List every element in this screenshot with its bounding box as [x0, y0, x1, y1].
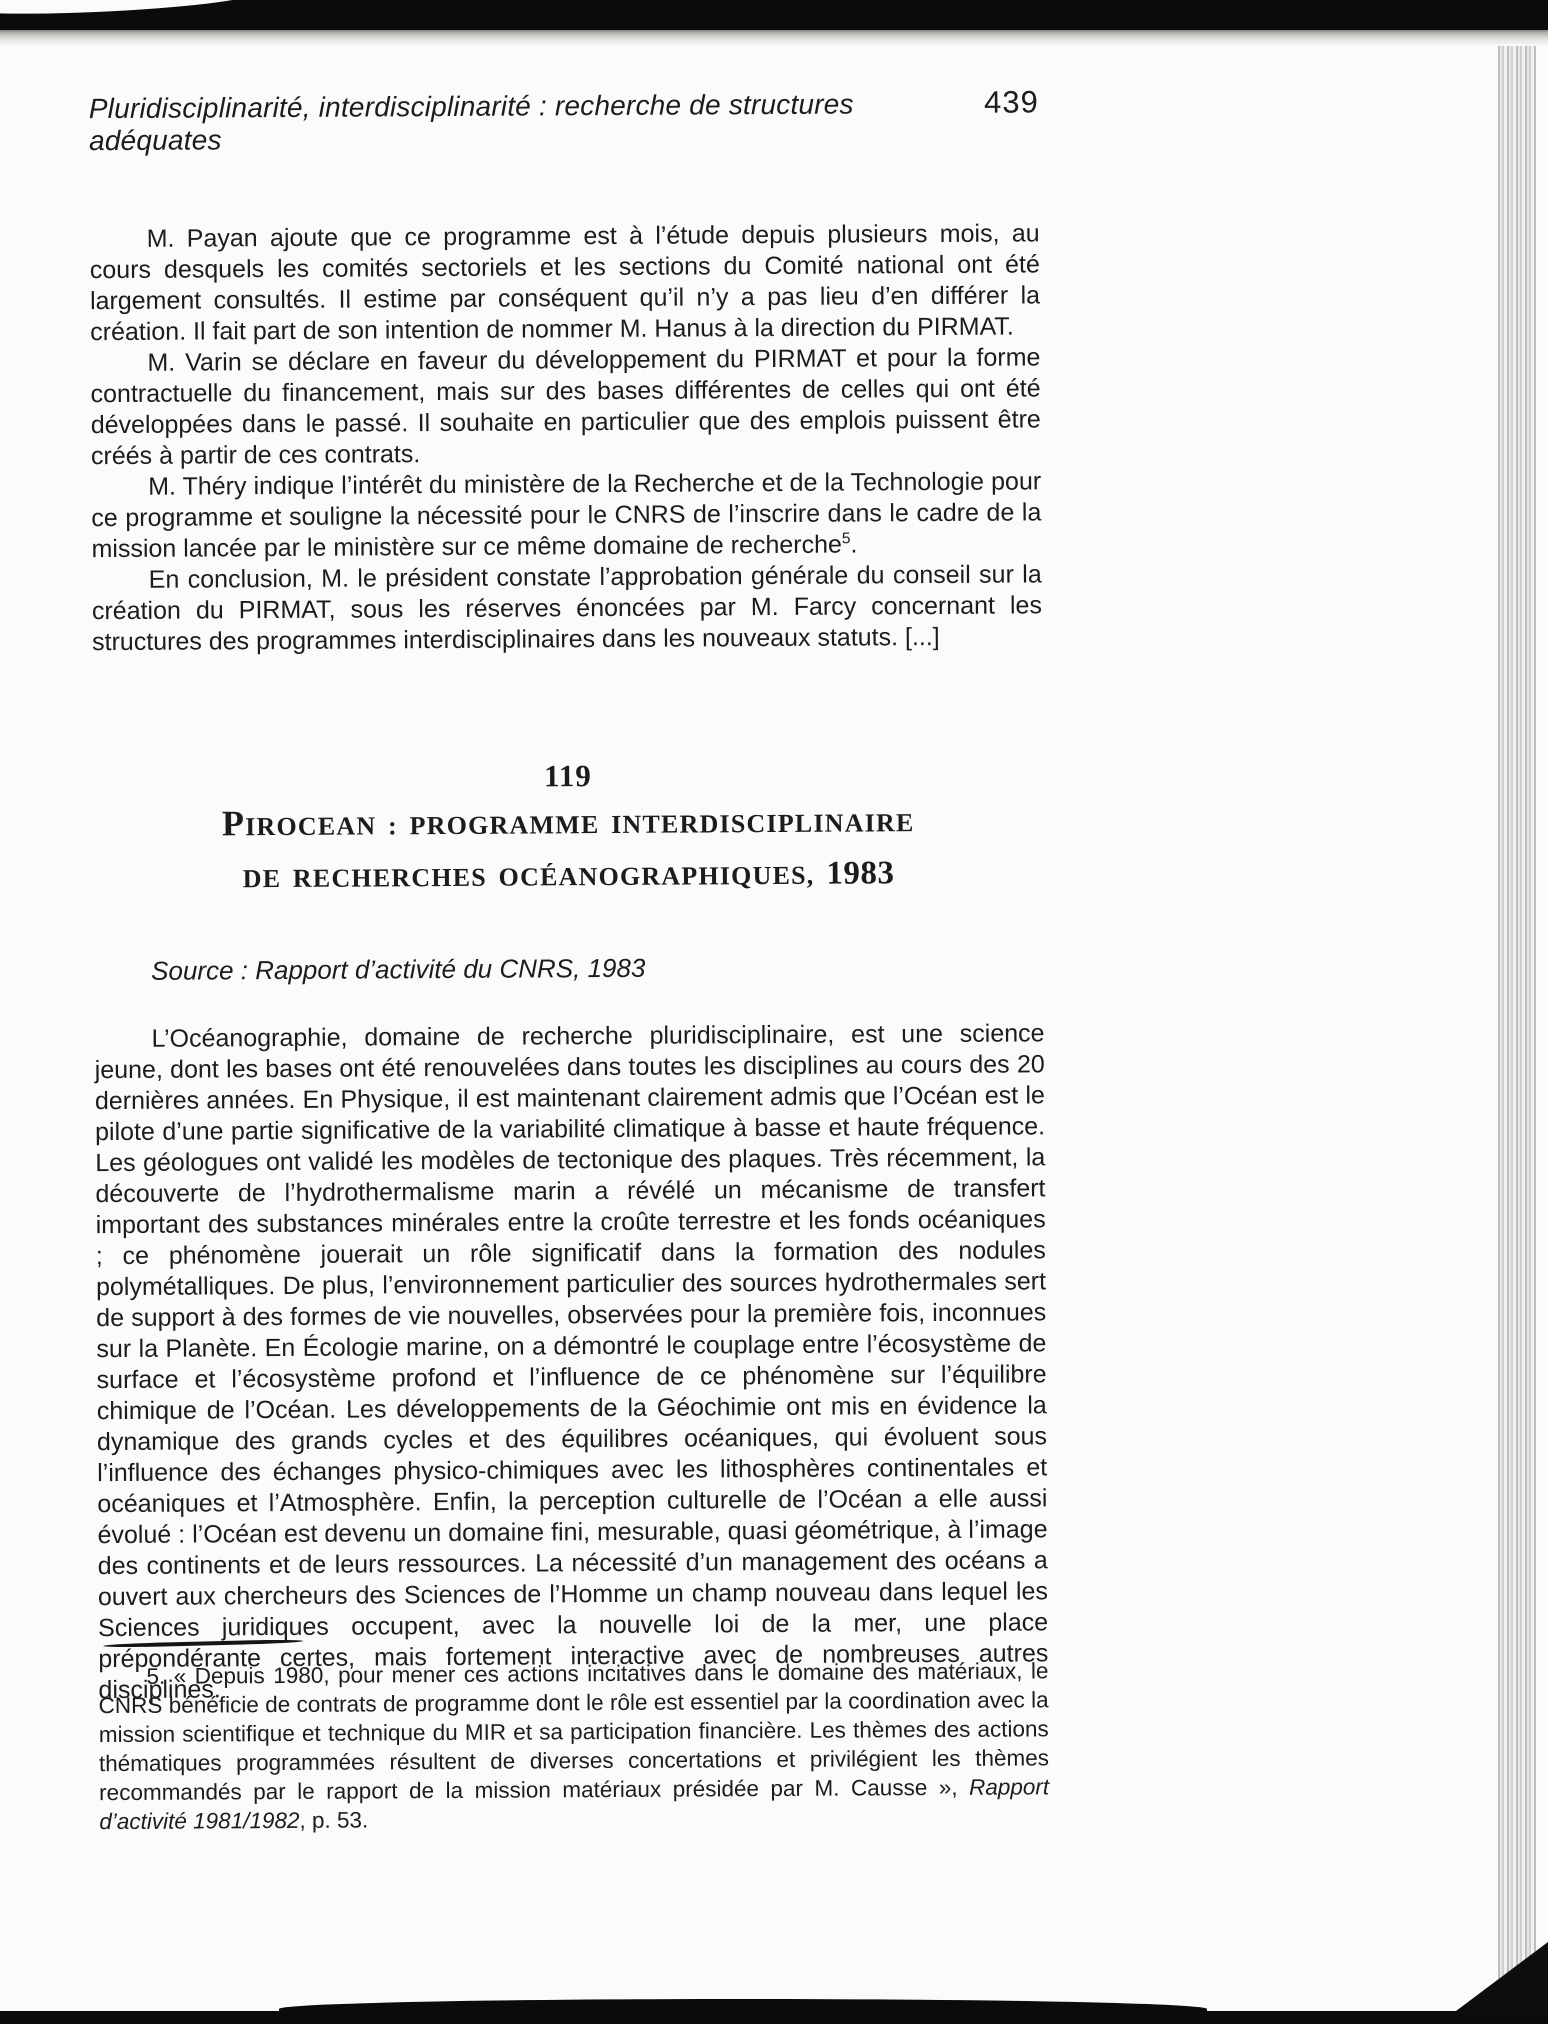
paragraph-varin: M. Varin se déclare en faveur du dévelop…: [90, 342, 1041, 472]
paragraph-thery: M. Théry indique l’intérêt du ministère …: [91, 466, 1042, 565]
page-content: Pluridisciplinarité, interdisciplinarité…: [0, 0, 1548, 2024]
document-title-line2-text: DE RECHERCHES OCÉANOGRAPHIQUES,: [243, 861, 815, 893]
paragraph-thery-text: M. Théry indique l’intérêt du ministère …: [91, 467, 1041, 563]
footnote-body: « Depuis 1980, pour mener ces actions in…: [99, 1658, 1049, 1805]
document-heading: 119 PIROCEAN : PROGRAMME INTERDISCIPLINA…: [93, 753, 1044, 905]
footnote-text: 5. « Depuis 1980, pour mener ces actions…: [98, 1656, 1049, 1836]
footnote-marker: 5.: [146, 1664, 173, 1689]
paragraph-thery-period: .: [850, 530, 857, 558]
paragraph-payan: M. Payan ajoute que ce programme est à l…: [90, 218, 1041, 348]
footnote-page-ref: , p. 53.: [299, 1807, 368, 1832]
page-number: 439: [984, 84, 1039, 120]
footnote-5: 5. « Depuis 1980, pour mener ces actions…: [98, 1656, 1049, 1836]
document-title-year: 1983: [826, 855, 894, 891]
running-head-title: Pluridisciplinarité, interdisciplinarité…: [89, 88, 985, 157]
source-line: Source : Rapport d’activité du CNRS, 198…: [151, 950, 1101, 987]
article-body: L’Océanographie, domaine de recherche pl…: [94, 1018, 1048, 1706]
footnote-reference-5: 5: [842, 530, 851, 547]
minutes-section: M. Payan ajoute que ce programme est à l…: [90, 218, 1043, 658]
document-number: 119: [93, 753, 1043, 799]
paragraph-conclusion: En conclusion, M. le président constate …: [92, 559, 1043, 658]
document-title-line2: DE RECHERCHES OCÉANOGRAPHIQUES,1983: [93, 847, 1043, 905]
book-page-scan: Pluridisciplinarité, interdisciplinarité…: [0, 0, 1548, 2024]
article-paragraph: L’Océanographie, domaine de recherche pl…: [94, 1018, 1048, 1706]
document-title-line1: PIROCEAN : PROGRAMME INTERDISCIPLINAIRE: [93, 793, 1043, 853]
running-head: Pluridisciplinarité, interdisciplinarité…: [89, 84, 1039, 157]
